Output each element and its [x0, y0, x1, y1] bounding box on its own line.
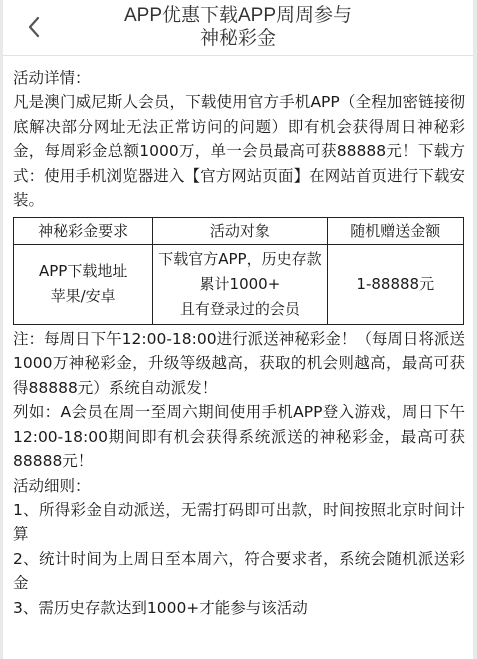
cell-amount: 1-88888元: [327, 244, 463, 324]
header-amount: 随机赠送金额: [327, 217, 463, 244]
cell-target: 下载官方APP，历史存款 累计1000+ 且有登录过的会员: [153, 244, 327, 324]
prize-table: 神秘彩金要求 活动对象 随机赠送金额 APP下载地址 苹果/安卓 下载官方APP…: [13, 217, 464, 325]
target-line: 累计1000+: [153, 272, 326, 297]
promo-content: 活动详情： 凡是澳门威尼斯人会员，下载使用官方手机APP（全程加密链接彻底解决部…: [13, 66, 465, 620]
details-body: 凡是澳门威尼斯人会员，下载使用官方手机APP（全程加密链接彻底解决部分网址无法正…: [13, 90, 465, 213]
example-text: 列如：A会员在周一至周六期间使用手机APP登入游戏，周日下午12:00-18:0…: [13, 400, 465, 474]
table-row: APP下载地址 苹果/安卓 下载官方APP，历史存款 累计1000+ 且有登录过…: [14, 244, 464, 324]
cell-requirement: APP下载地址 苹果/安卓: [14, 244, 153, 324]
header-target: 活动对象: [153, 217, 327, 244]
page-title-line1: APP优惠下载APP周周参与: [73, 4, 403, 27]
rule-item: 2、统计时间为上周日至本周六，符合要求者，系统会随机派送彩金: [13, 547, 465, 596]
chevron-left-icon: [23, 14, 47, 40]
requirement-line: APP下载地址: [14, 259, 152, 284]
requirement-line: 苹果/安卓: [14, 284, 152, 309]
rule-item: 3、需历史存款达到1000+才能参与该活动: [13, 596, 465, 621]
target-line: 且有登录过的会员: [153, 297, 326, 322]
top-nav-bar: APP优惠下载APP周周参与 神秘彩金: [3, 0, 473, 56]
page-title: APP优惠下载APP周周参与 神秘彩金: [73, 4, 403, 50]
target-line: 下载官方APP，历史存款: [153, 247, 326, 272]
page-title-line2: 神秘彩金: [73, 27, 403, 50]
details-heading: 活动详情：: [13, 66, 465, 90]
back-button[interactable]: [23, 14, 47, 40]
note-text: 注：每周日下午12:00-18:00进行派送神秘彩金！（每周日将派送1000万神…: [13, 327, 465, 401]
rule-item: 1、所得彩金自动派送，无需打码即可出款，时间按照北京时间计算: [13, 498, 465, 547]
header-requirement: 神秘彩金要求: [14, 217, 153, 244]
table-header-row: 神秘彩金要求 活动对象 随机赠送金额: [14, 217, 464, 244]
rules-heading: 活动细则：: [13, 474, 465, 498]
rules-section: 活动细则： 1、所得彩金自动派送，无需打码即可出款，时间按照北京时间计算 2、统…: [13, 474, 465, 621]
